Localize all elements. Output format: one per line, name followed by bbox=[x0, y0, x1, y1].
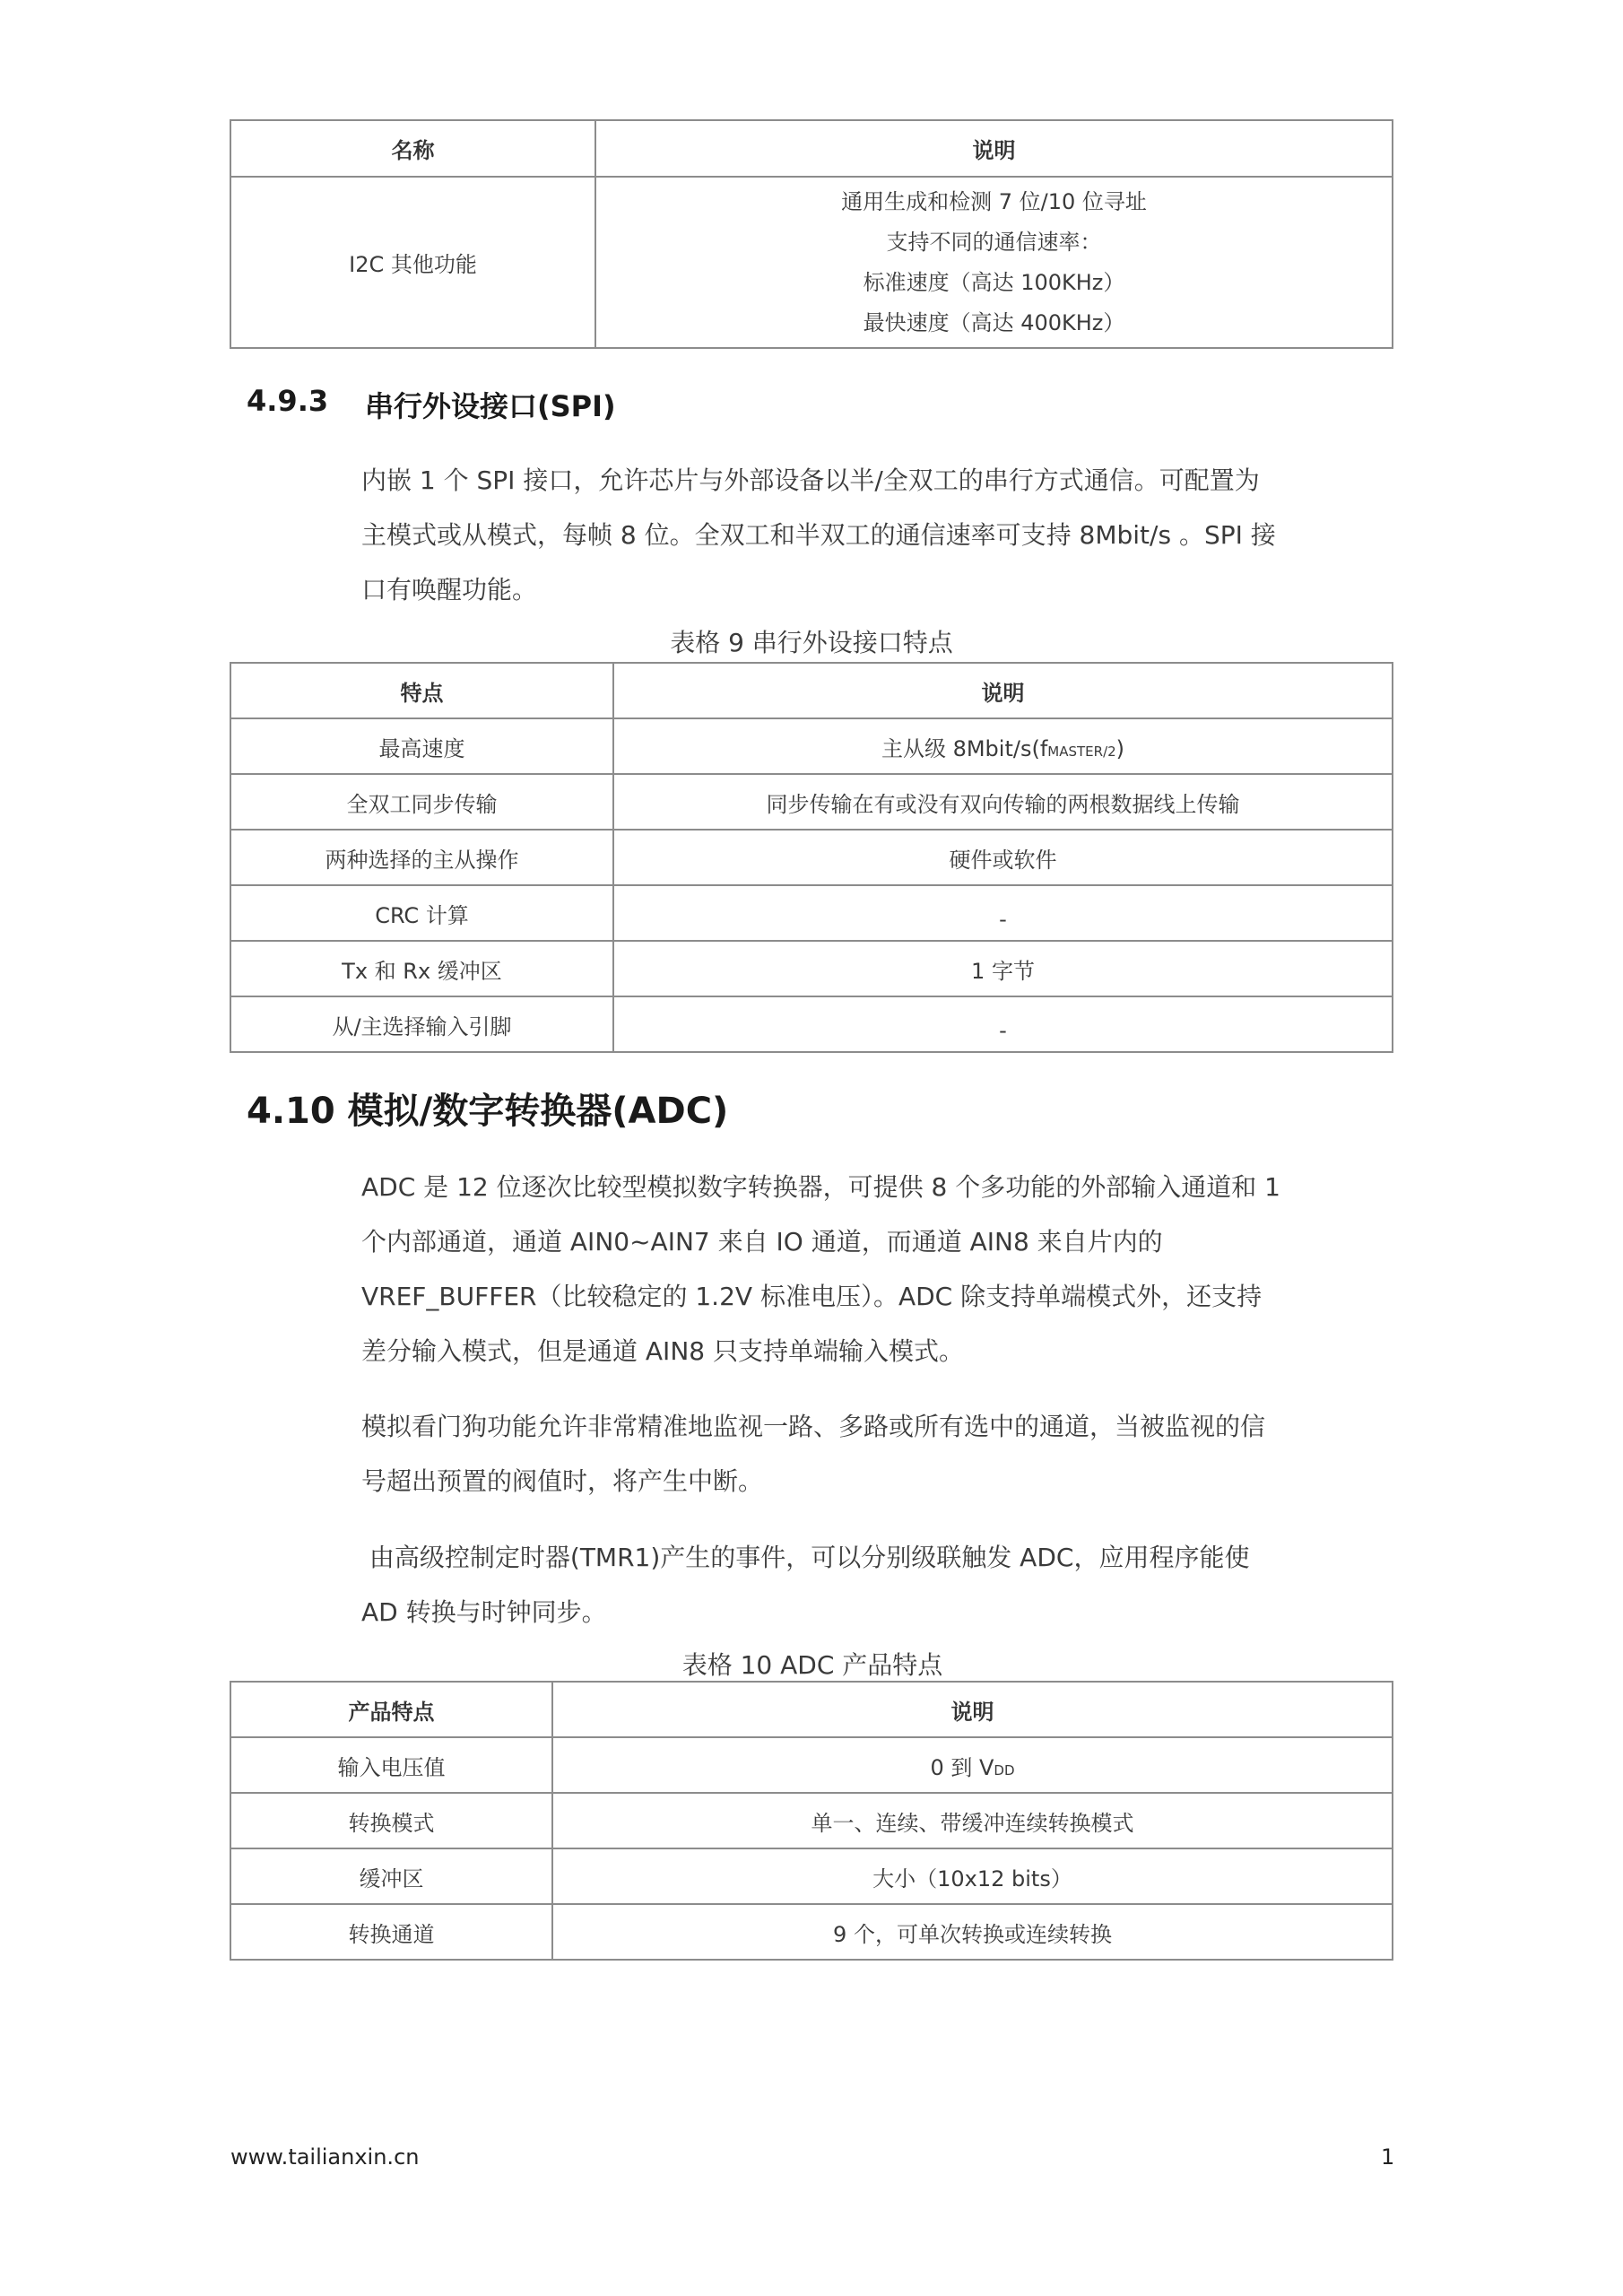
cell-feature: 缓冲区 bbox=[230, 1848, 552, 1904]
cell-feature: 从/主选择输入引脚 bbox=[230, 996, 613, 1052]
subscript-text: MASTER/2 bbox=[1047, 744, 1115, 760]
cell-description: 9 个，可单次转换或连续转换 bbox=[552, 1904, 1393, 1960]
description-tail: ) bbox=[1116, 736, 1124, 761]
table-caption-adc: 表格 10 ADC 产品特点 bbox=[682, 1646, 943, 1682]
section-heading-adc: 4.10 模拟/数字转换器(ADC) bbox=[247, 1083, 728, 1134]
cell-feature: 两种选择的主从操作 bbox=[230, 830, 613, 885]
cell-feature: 全双工同步传输 bbox=[230, 774, 613, 830]
table-row: 从/主选择输入引脚 - bbox=[230, 996, 1393, 1052]
column-header-description: 说明 bbox=[595, 120, 1393, 177]
table-caption-spi: 表格 9 串行外设接口特点 bbox=[670, 623, 953, 659]
cell-description: - bbox=[613, 885, 1393, 941]
cell-feature: 转换模式 bbox=[230, 1793, 552, 1848]
paragraph-line: 内嵌 1 个 SPI 接口，允许芯片与外部设备以半/全双工的串行方式通信。可配置… bbox=[361, 453, 1393, 508]
cell-description: 大小（10x12 bits） bbox=[552, 1848, 1393, 1904]
cell-description: 硬件或软件 bbox=[613, 830, 1393, 885]
adc-paragraph-3: 由高级控制定时器(TMR1)产生的事件，可以分别级联触发 ADC，应用程序能使 … bbox=[361, 1530, 1393, 1639]
adc-paragraph-1: ADC 是 12 位逐次比较型模拟数字转换器，可提供 8 个多功能的外部输入通道… bbox=[361, 1160, 1393, 1378]
cell-feature: CRC 计算 bbox=[230, 885, 613, 941]
section-heading-spi: 4.9.3 串行外设接口(SPI) bbox=[247, 384, 328, 418]
table-row: 最高速度 主从级 8Mbit/s(fMASTER/2) bbox=[230, 718, 1393, 774]
cell-description: 1 字节 bbox=[613, 941, 1393, 996]
paragraph-line: 号超出预置的阀值时，将产生中断。 bbox=[361, 1454, 1393, 1509]
column-header-feature: 特点 bbox=[230, 663, 613, 718]
table-row: CRC 计算 - bbox=[230, 885, 1393, 941]
table-row: I2C 其他功能 通用生成和检测 7 位/10 位寻址 支持不同的通信速率： 标… bbox=[230, 177, 1393, 348]
adc-paragraph-2: 模拟看门狗功能允许非常精准地监视一路、多路或所有选中的通道，当被监视的信 号超出… bbox=[361, 1399, 1393, 1509]
column-header-description: 说明 bbox=[613, 663, 1393, 718]
cell-description: 主从级 8Mbit/s(fMASTER/2) bbox=[613, 718, 1393, 774]
section-number: 4.9.3 bbox=[247, 384, 328, 418]
paragraph-line: VREF_BUFFER（比较稳定的 1.2V 标准电压）。ADC 除支持单端模式… bbox=[361, 1269, 1393, 1324]
table-row: 缓冲区 大小（10x12 bits） bbox=[230, 1848, 1393, 1904]
paragraph-line: AD 转换与时钟同步。 bbox=[361, 1585, 1393, 1639]
description-line: 通用生成和检测 7 位/10 位寻址 bbox=[596, 182, 1392, 222]
column-header-description: 说明 bbox=[552, 1682, 1393, 1737]
cell-feature: 转换通道 bbox=[230, 1904, 552, 1960]
table-row: 输入电压值 0 到 VDD bbox=[230, 1737, 1393, 1793]
column-header-name: 名称 bbox=[230, 120, 595, 177]
table-row: 转换通道 9 个，可单次转换或连续转换 bbox=[230, 1904, 1393, 1960]
cell-description: 单一、连续、带缓冲连续转换模式 bbox=[552, 1793, 1393, 1848]
section-title: 串行外设接口(SPI) bbox=[365, 384, 616, 425]
column-header-feature: 产品特点 bbox=[230, 1682, 552, 1737]
cell-description: 通用生成和检测 7 位/10 位寻址 支持不同的通信速率： 标准速度（高达 10… bbox=[595, 177, 1393, 348]
description-line: 标准速度（高达 100KHz） bbox=[596, 263, 1392, 303]
paragraph-line: ADC 是 12 位逐次比较型模拟数字转换器，可提供 8 个多功能的外部输入通道… bbox=[361, 1160, 1393, 1214]
description-text: 0 到 V bbox=[930, 1755, 994, 1780]
description-text: 主从级 8Mbit/s(f bbox=[881, 736, 1047, 761]
cell-description: - bbox=[613, 996, 1393, 1052]
section-number: 4.10 bbox=[247, 1091, 335, 1132]
paragraph-line: 主模式或从模式，每帧 8 位。全双工和半双工的通信速率可支持 8Mbit/s 。… bbox=[361, 508, 1393, 562]
table-row: 两种选择的主从操作 硬件或软件 bbox=[230, 830, 1393, 885]
paragraph-line: 模拟看门狗功能允许非常精准地监视一路、多路或所有选中的通道，当被监视的信 bbox=[361, 1399, 1393, 1454]
cell-feature: 最高速度 bbox=[230, 718, 613, 774]
page-number: 1 bbox=[1381, 2144, 1394, 2170]
table-row: 全双工同步传输 同步传输在有或没有双向传输的两根数据线上传输 bbox=[230, 774, 1393, 830]
cell-description: 0 到 VDD bbox=[552, 1737, 1393, 1793]
table-header-row: 产品特点 说明 bbox=[230, 1682, 1393, 1737]
cell-name: I2C 其他功能 bbox=[230, 177, 595, 348]
cell-feature: 输入电压值 bbox=[230, 1737, 552, 1793]
cell-feature: Tx 和 Rx 缓冲区 bbox=[230, 941, 613, 996]
table-header-row: 特点 说明 bbox=[230, 663, 1393, 718]
cell-description: 同步传输在有或没有双向传输的两根数据线上传输 bbox=[613, 774, 1393, 830]
spi-paragraph: 内嵌 1 个 SPI 接口，允许芯片与外部设备以半/全双工的串行方式通信。可配置… bbox=[361, 453, 1393, 617]
table-row: 转换模式 单一、连续、带缓冲连续转换模式 bbox=[230, 1793, 1393, 1848]
subscript-text: DD bbox=[994, 1762, 1014, 1779]
paragraph-line: 由高级控制定时器(TMR1)产生的事件，可以分别级联触发 ADC，应用程序能使 bbox=[361, 1530, 1393, 1585]
i2c-feature-table: 名称 说明 I2C 其他功能 通用生成和检测 7 位/10 位寻址 支持不同的通… bbox=[230, 119, 1393, 349]
spi-feature-table: 特点 说明 最高速度 主从级 8Mbit/s(fMASTER/2) 全双工同步传… bbox=[230, 662, 1393, 1053]
table-header-row: 名称 说明 bbox=[230, 120, 1393, 177]
section-title: 模拟/数字转换器(ADC) bbox=[348, 1091, 729, 1132]
footer-website-link[interactable]: www.tailianxin.cn bbox=[230, 2144, 419, 2170]
paragraph-line: 个内部通道，通道 AIN0~AIN7 来自 IO 通道，而通道 AIN8 来自片… bbox=[361, 1214, 1393, 1269]
paragraph-line: 口有唤醒功能。 bbox=[361, 562, 1393, 617]
table-row: Tx 和 Rx 缓冲区 1 字节 bbox=[230, 941, 1393, 996]
adc-feature-table: 产品特点 说明 输入电压值 0 到 VDD 转换模式 单一、连续、带缓冲连续转换… bbox=[230, 1681, 1393, 1961]
description-line: 最快速度（高达 400KHz） bbox=[596, 303, 1392, 344]
paragraph-line: 差分输入模式，但是通道 AIN8 只支持单端输入模式。 bbox=[361, 1324, 1393, 1378]
description-line: 支持不同的通信速率： bbox=[596, 222, 1392, 263]
